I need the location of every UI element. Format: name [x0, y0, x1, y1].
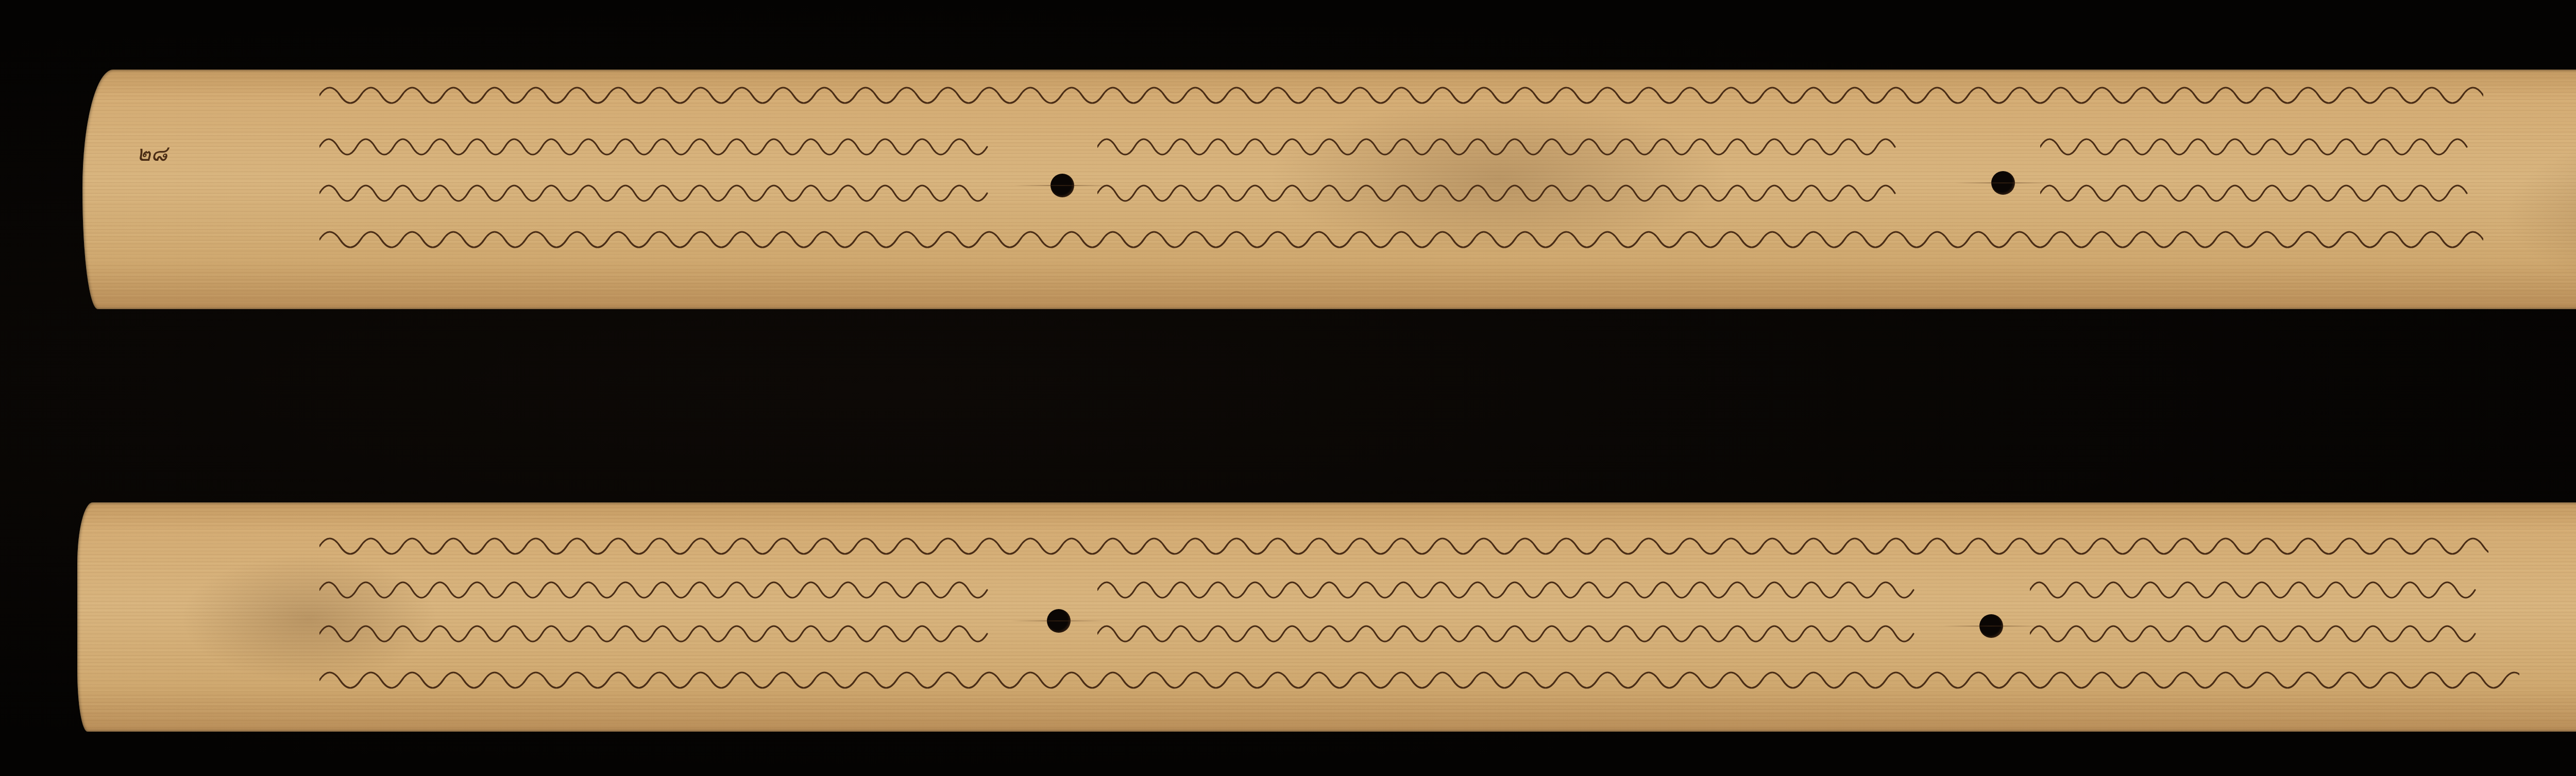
folio-number: ๒๘: [137, 137, 167, 171]
script-line: [2040, 170, 2478, 211]
script-line: [319, 124, 1005, 165]
script-line: [319, 657, 2519, 698]
script-line: [2040, 124, 2478, 165]
script-line: [2030, 611, 2478, 652]
script-line: [1097, 611, 1922, 652]
script-line: [1097, 170, 1906, 211]
binding-hole: [1979, 614, 2003, 638]
script-line: [2030, 567, 2478, 608]
script-line: [1097, 567, 1922, 608]
script-line: [319, 523, 2488, 564]
leaf-stain: [2504, 131, 2576, 296]
script-line: [319, 611, 1005, 652]
script-line: [319, 170, 1005, 211]
binding-hole: [1050, 174, 1074, 197]
script-line: [319, 216, 2483, 258]
script-line: [1097, 124, 1906, 165]
script-line: [319, 72, 2483, 113]
binding-hole: [1047, 609, 1071, 633]
script-line: [319, 567, 1005, 608]
binding-hole: [1991, 171, 2015, 195]
